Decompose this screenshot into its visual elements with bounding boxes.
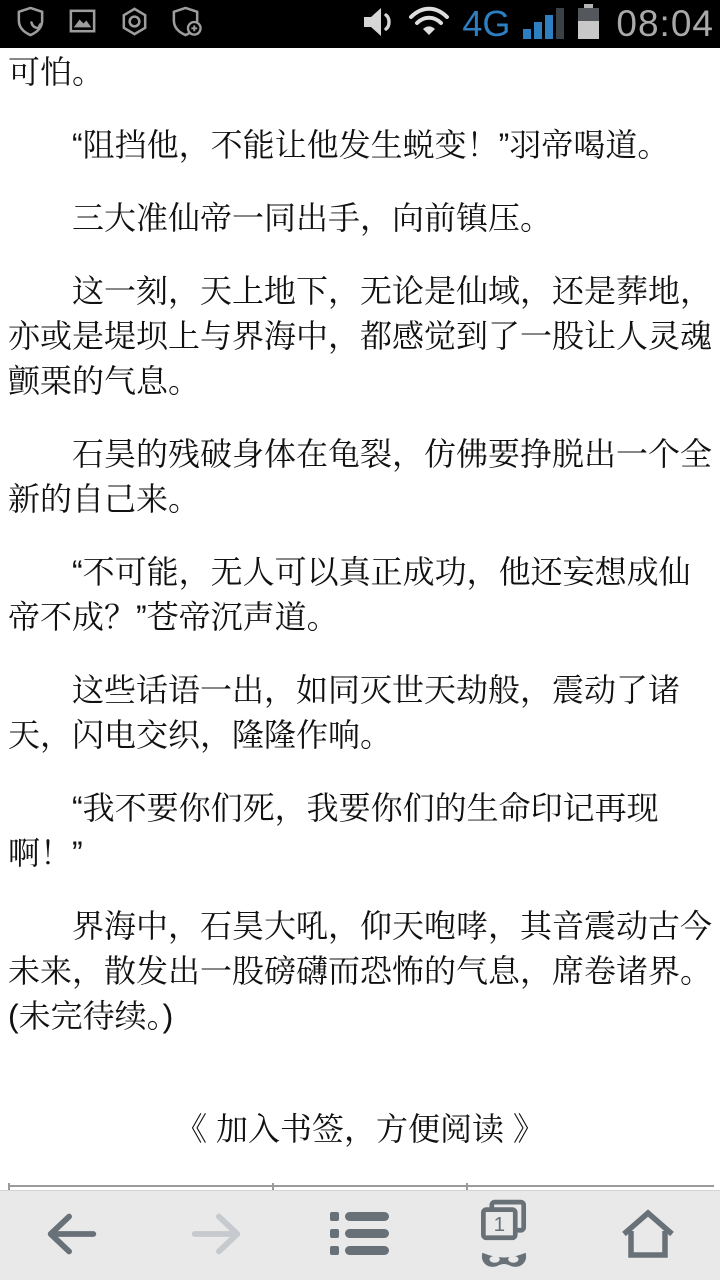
- novel-paragraph: 这些话语一出，如同灭世天劫般，震动了诸天，闪电交织，隆隆作响。: [8, 668, 712, 758]
- clock-time: 08:04: [616, 0, 714, 48]
- novel-paragraph: 界海中，石昊大吼，仰天咆哮，其音震动古今未来，散发出一股磅礴而恐怖的气息，席卷诸…: [8, 904, 712, 1039]
- status-bar-indicators: 4G 08:04: [361, 0, 714, 48]
- forward-button[interactable]: [144, 1191, 288, 1280]
- shield-phone-icon: [14, 5, 47, 43]
- browser-toolbar: 1: [0, 1190, 720, 1280]
- novel-paragraph: “我不要你们死，我要你们的生命印记再现啊！”: [8, 786, 712, 876]
- home-button[interactable]: [576, 1191, 720, 1280]
- wifi-icon: [407, 5, 451, 44]
- shield-add-icon: [170, 5, 203, 43]
- battery-icon: [576, 3, 601, 46]
- status-bar-notifications: [14, 5, 203, 43]
- novel-paragraph: “不可能，无人可以真正成功，他还妄想成仙帝不成？”苍帝沉声道。: [8, 550, 712, 640]
- novel-paragraph: 可怕。: [8, 50, 712, 95]
- menu-button[interactable]: [288, 1191, 432, 1280]
- tabs-incognito-icon: 1: [474, 1197, 534, 1274]
- novel-paragraph: 石昊的残破身体在龟裂，仿佛要挣脱出一个全新的自己来。: [8, 432, 712, 522]
- add-bookmark-link[interactable]: 《 加入书签，方便阅读 》: [8, 1107, 712, 1152]
- network-type-label: 4G: [462, 0, 510, 48]
- novel-paragraph: 三大准仙帝一同出手，向前镇压。: [8, 196, 712, 241]
- forward-arrow-icon: [185, 1206, 247, 1265]
- screenshot-icon: [66, 5, 99, 43]
- back-arrow-icon: [41, 1206, 103, 1265]
- reading-content[interactable]: 可怕。“阻挡他，不能让他发生蜕变！”羽帝喝道。三大准仙帝一同出手，向前镇压。这一…: [0, 48, 720, 1152]
- back-button[interactable]: [0, 1191, 144, 1280]
- list-menu-icon: [330, 1208, 390, 1263]
- tab-count-label: 1: [494, 1213, 505, 1236]
- signal-bars-icon: [521, 4, 567, 45]
- volume-icon: [361, 5, 398, 44]
- tabs-button[interactable]: 1: [432, 1191, 576, 1280]
- novel-paragraph: “阻挡他，不能让他发生蜕变！”羽帝喝道。: [8, 123, 712, 168]
- home-icon: [618, 1206, 678, 1265]
- novel-paragraphs: 可怕。“阻挡他，不能让他发生蜕变！”羽帝喝道。三大准仙帝一同出手，向前镇压。这一…: [8, 50, 712, 1039]
- novel-paragraph: 这一刻，天上地下，无论是仙域，还是葬地，亦或是堤坝上与界海中，都感觉到了一股让人…: [8, 269, 712, 404]
- status-bar: 4G 08:04: [0, 0, 720, 48]
- security-hexagon-icon: [118, 5, 151, 43]
